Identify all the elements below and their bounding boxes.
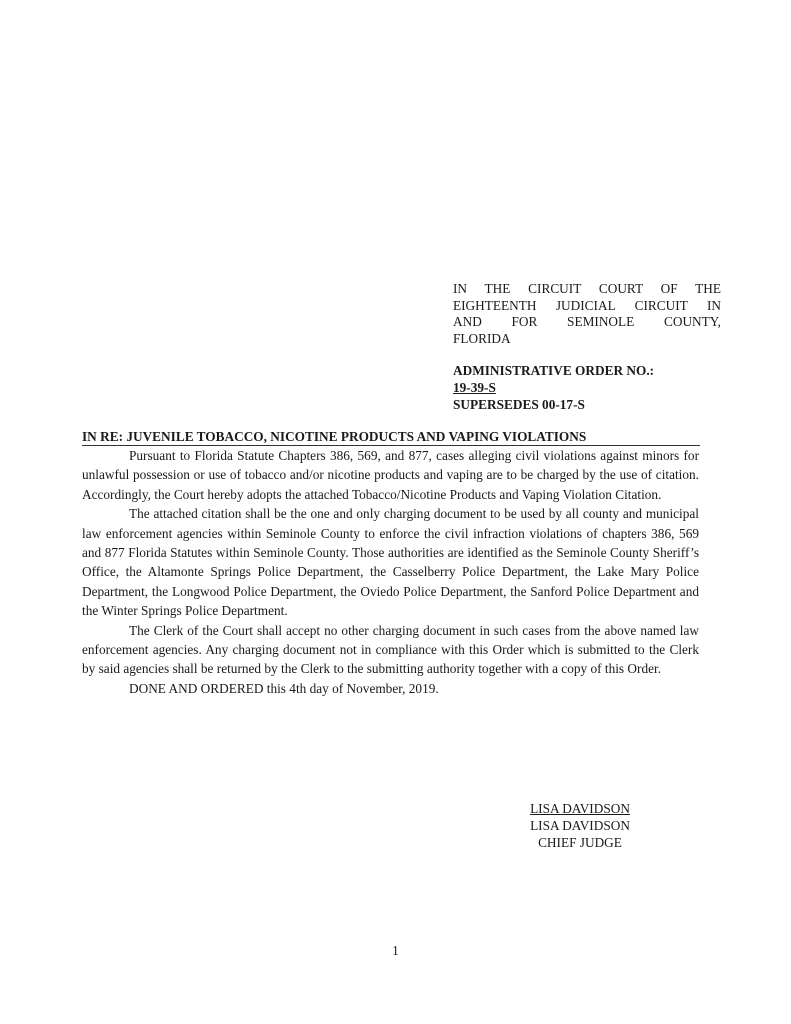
page-number: 1 (0, 943, 791, 959)
judge-title: CHIEF JUDGE (490, 834, 670, 851)
order-heading: IN RE: JUVENILE TOBACCO, NICOTINE PRODUC… (82, 429, 700, 446)
supersedes-note: SUPERSEDES 00-17-S (453, 397, 721, 414)
case-caption: IN THE CIRCUIT COURT OF THE EIGHTEENTH J… (453, 281, 721, 413)
signature-block: LISA DAVIDSON LISA DAVIDSON CHIEF JUDGE (490, 800, 670, 851)
paragraph: DONE AND ORDERED this 4th day of Novembe… (82, 679, 699, 698)
order-info: ADMINISTRATIVE ORDER NO.: 19-39-S SUPERS… (453, 363, 721, 413)
court-line: AND FOR SEMINOLE COUNTY, (453, 314, 721, 331)
order-label: ADMINISTRATIVE ORDER NO.: (453, 363, 721, 380)
court-line: FLORIDA (453, 331, 721, 348)
paragraph: Pursuant to Florida Statute Chapters 386… (82, 446, 699, 504)
signature-line: LISA DAVIDSON (530, 801, 630, 816)
court-line: IN THE CIRCUIT COURT OF THE (453, 281, 721, 298)
court-line: EIGHTEENTH JUDICIAL CIRCUIT IN (453, 298, 721, 315)
paragraph: The Clerk of the Court shall accept no o… (82, 621, 699, 679)
paragraph: The attached citation shall be the one a… (82, 504, 699, 620)
court-name: IN THE CIRCUIT COURT OF THE EIGHTEENTH J… (453, 281, 721, 347)
document-page: IN THE CIRCUIT COURT OF THE EIGHTEENTH J… (0, 0, 791, 1024)
order-body: Pursuant to Florida Statute Chapters 386… (82, 446, 699, 698)
order-number: 19-39-S (453, 380, 496, 395)
judge-name: LISA DAVIDSON (490, 817, 670, 834)
